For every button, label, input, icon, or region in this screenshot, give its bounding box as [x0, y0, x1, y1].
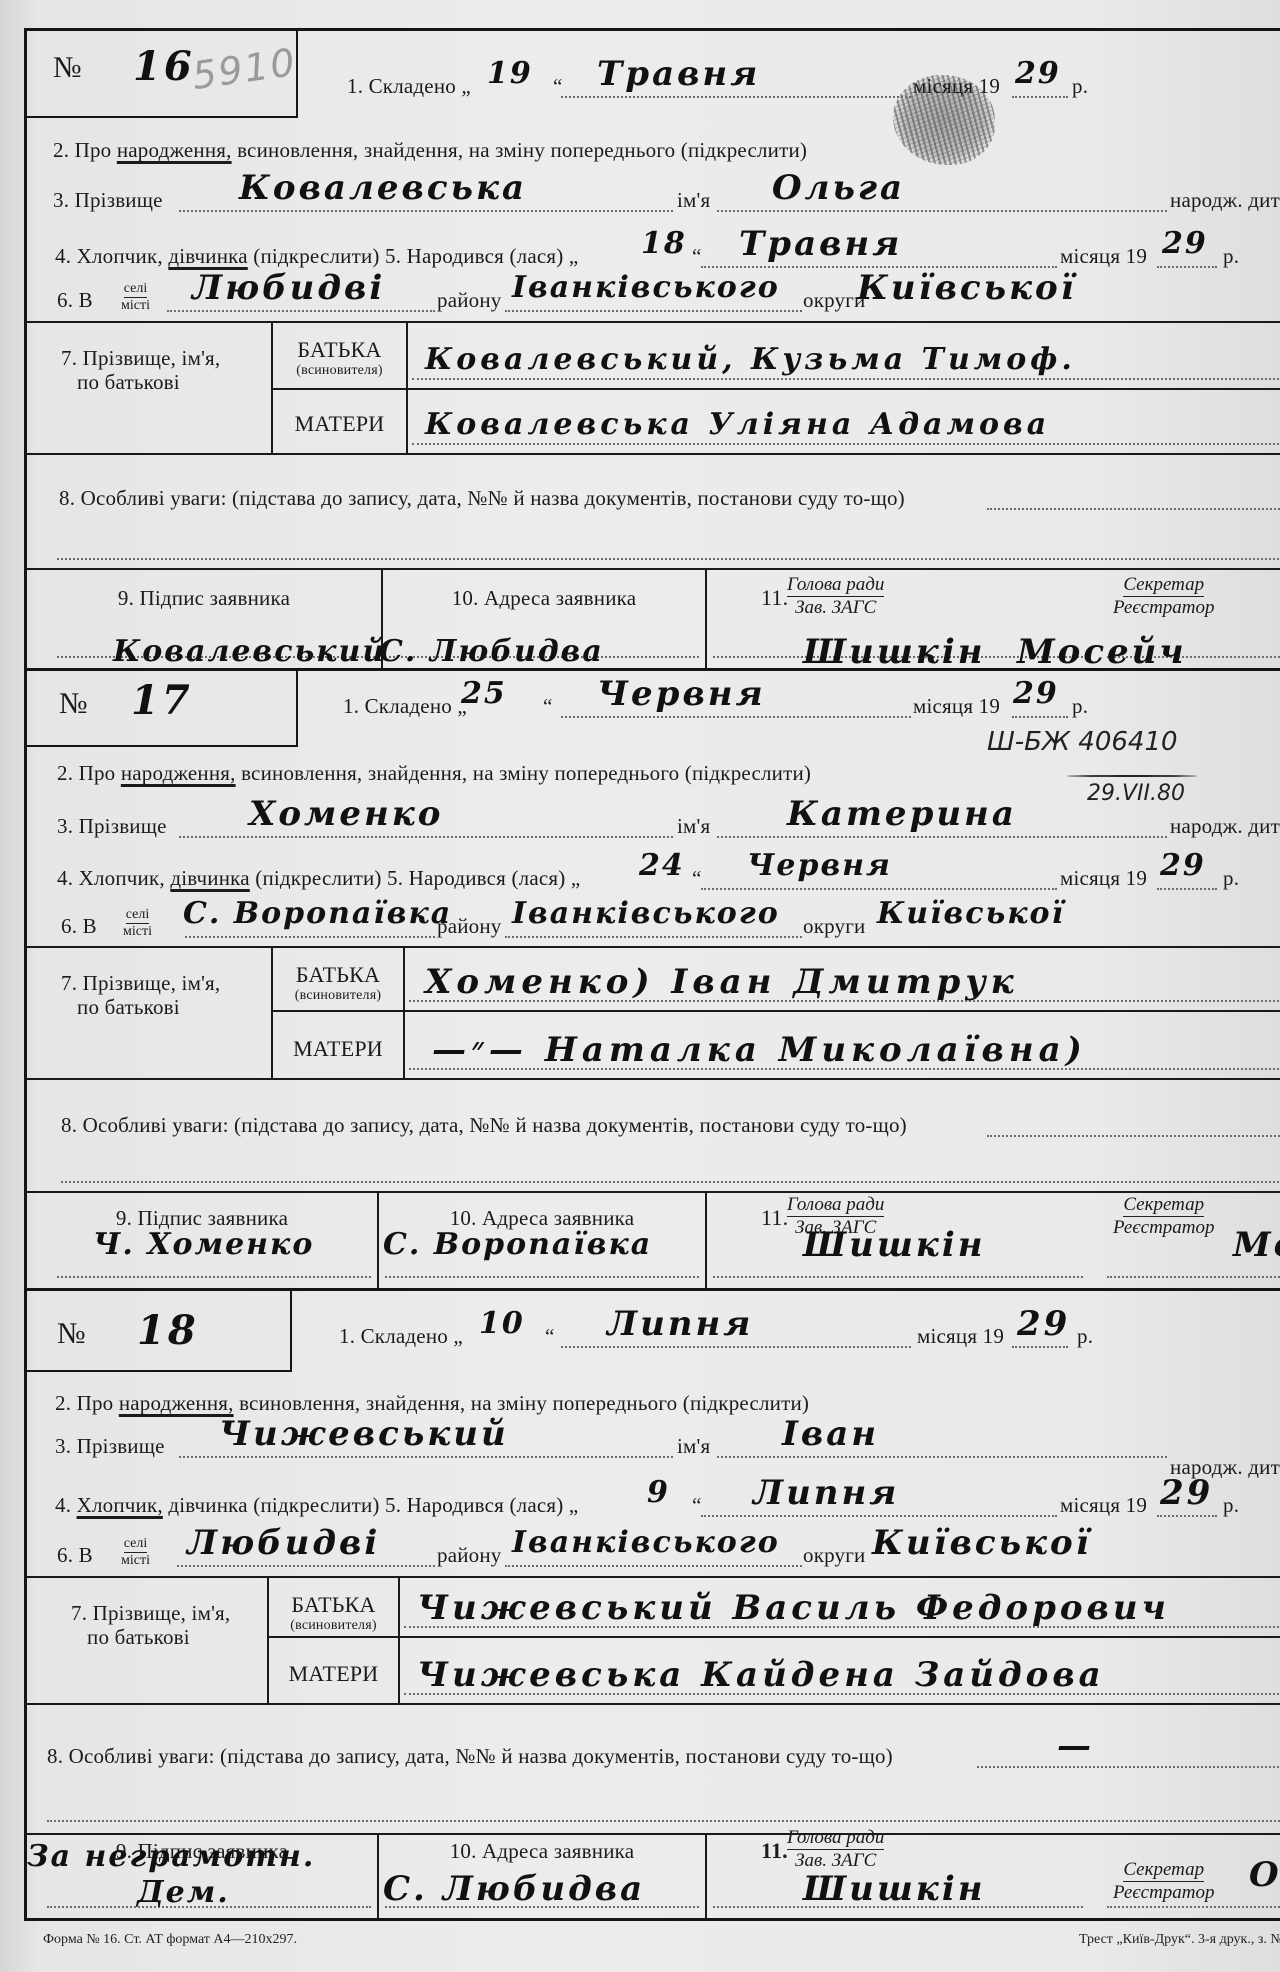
year-suffix: р. [1223, 863, 1239, 893]
city-label: місті [121, 298, 150, 314]
applicant-signature-line1: За неграмотн. [27, 1837, 315, 1877]
civil-registry-form: № 16 5910 1. Складено „ 19 “ Травня міся… [24, 28, 1280, 1921]
birth-month-line [701, 1515, 1057, 1517]
notes-line [987, 1135, 1280, 1137]
compiled-day: 25 [461, 674, 507, 714]
birth-year: 29 [1160, 1473, 1213, 1513]
birth-month: Липня [753, 1473, 899, 1513]
place-label: 6. В [61, 911, 97, 941]
village-city-fraction: селі місті [121, 1536, 150, 1569]
registrar-signature-line [1107, 1276, 1280, 1278]
secretary-registrar-fraction: Секретар Реєстратор [1113, 1859, 1215, 1904]
child-born-label: народж. дит [1170, 811, 1280, 841]
born-label: (підкреслити) 5. Народився (лася) „ [255, 866, 580, 890]
father-name: Хоменко) Іван Дмитрук [425, 962, 1019, 1002]
divider [271, 1010, 1280, 1012]
okruha: Київської [857, 268, 1077, 308]
surname-line [179, 836, 673, 838]
divider [27, 946, 1280, 948]
applicant-address: С. Любидва [383, 1869, 645, 1909]
sex-birth-row: 4. Хлопчик, дівчинка (підкреслити) 5. На… [55, 241, 578, 271]
birth-record-16: № 16 5910 1. Складено „ 19 “ Травня міся… [27, 28, 1280, 668]
applicant-signature: Ковалевський [113, 632, 386, 672]
registrar-signature: Ов [1249, 1855, 1280, 1895]
parents-label-line2: по батькові [77, 367, 180, 397]
record-type-row: 2. Про народження, всиновлення, знайденн… [53, 135, 807, 165]
registrar-label: Реєстратор [1113, 597, 1215, 619]
divider [406, 321, 408, 453]
record-type-prefix: 2. Про [53, 138, 111, 162]
compiled-month: Липня [607, 1304, 753, 1344]
birth-year: 29 [1160, 846, 1206, 886]
applicant-address-label: 10. Адреса заявника [383, 583, 705, 613]
record-number: 16 [133, 47, 195, 87]
side-annotation: Ш-БЖ 406410 [987, 727, 1178, 757]
compiled-year: 29 [1013, 674, 1059, 714]
child-name: Катерина [787, 794, 1017, 834]
raion-line [505, 936, 802, 938]
mother-name: —״— Наталка Миколаївна) [432, 1030, 1087, 1070]
village-line [177, 1565, 435, 1567]
village-city-fraction: селі місті [121, 281, 150, 314]
compiled-label: 1. Складено „ [343, 691, 467, 721]
head-label: Голова ради [787, 1827, 884, 1850]
number-sign: № [53, 53, 82, 83]
divider [271, 388, 1280, 390]
registrar-signature: Мо [1233, 1225, 1280, 1265]
birth-record-17: № 17 Ш-БЖ 406410 29.VII.80 1. Складено „… [27, 668, 1280, 1288]
born-label: (підкреслити) 5. Народився (лася) „ [253, 1493, 578, 1517]
compiled-month-line [561, 96, 911, 98]
compiled-month-line [561, 716, 911, 718]
village-line [167, 310, 435, 312]
compiled-year-line [1012, 96, 1068, 98]
divider [27, 1191, 1280, 1193]
divider [27, 453, 1280, 455]
surname-label: 3. Прізвище [57, 811, 167, 841]
head-signature: Шишкін [803, 1869, 986, 1909]
birth-day: 24 [639, 846, 685, 886]
divider [267, 1636, 1280, 1638]
place-label: 6. В [57, 1540, 93, 1570]
zags-label: Зав. ЗАГС [795, 597, 876, 619]
raion-label: району [437, 1540, 502, 1570]
compiled-year: 29 [1015, 54, 1061, 94]
name-label: ім'я [677, 185, 710, 215]
raion-line [505, 1565, 802, 1567]
divider [27, 1576, 1280, 1578]
village: Любидві [192, 268, 385, 308]
sex-boy: Хлопчик, [77, 1493, 163, 1517]
quote-close: “ [545, 1321, 555, 1351]
month-year-label: місяця 19 [917, 1321, 1004, 1351]
child-surname: Чижевський [219, 1414, 509, 1454]
sex-num: 4. [55, 244, 71, 268]
sex-num: 4. [57, 866, 73, 890]
secretary-registrar-fraction: Секретар Реєстратор [1113, 574, 1215, 619]
head-zags-fraction: Голова ради Зав. ЗАГС [787, 1827, 884, 1872]
side-annotation-date: 29.VII.80 [1087, 781, 1185, 806]
notes-line-2 [47, 1820, 1280, 1822]
father-label: БАТЬКА [273, 335, 406, 365]
child-surname: Ковалевська [239, 168, 527, 208]
sex-boy: Хлопчик, [77, 244, 163, 268]
okruha: Київської [872, 1523, 1092, 1563]
applicant-signature-line2: Дем. [137, 1873, 230, 1913]
parents-label-line2: по батькові [87, 1622, 190, 1652]
secretary-label: Секретар [1123, 1859, 1204, 1882]
officials-label-num: 11. [761, 1836, 788, 1866]
village-line [185, 936, 435, 938]
village: С. Воропаївка [183, 894, 452, 934]
registrar-signature-line [1107, 1906, 1280, 1908]
secretary-label: Секретар [1123, 574, 1204, 597]
sex-birth-row: 4. Хлопчик, дівчинка (підкреслити) 5. На… [57, 863, 580, 893]
divider [705, 1833, 707, 1918]
sex-girl: дівчинка [168, 244, 247, 268]
number-sign: № [57, 1319, 86, 1349]
year-suffix: р. [1223, 1490, 1239, 1520]
village-label: селі [126, 907, 149, 924]
birth-day: 9 [647, 1473, 670, 1513]
village-label: селі [124, 281, 147, 298]
birth-day: 18 [641, 224, 687, 264]
okruha: Київської [877, 894, 1065, 934]
mother-label: МАТЕРИ [273, 1034, 403, 1064]
signature-line [57, 1276, 371, 1278]
printer-info-footer: Трест „Київ-Друк“. 3-я друк., з. № 254—1… [1079, 1932, 1280, 1948]
notes-label: 8. Особливі уваги: (підстава до запису, … [47, 1741, 893, 1771]
record-type-birth: народження, [117, 138, 232, 162]
head-zags-fraction: Голова ради Зав. ЗАГС [787, 574, 884, 619]
compiled-label: 1. Складено „ [339, 1321, 463, 1351]
compiled-day: 10 [479, 1304, 525, 1344]
head-label: Голова ради [787, 1194, 884, 1217]
born-label: (підкреслити) 5. Народився (лася) „ [253, 244, 578, 268]
name-line [717, 836, 1167, 838]
child-surname: Хоменко [249, 794, 444, 834]
address-line [385, 1276, 699, 1278]
head-label: Голова ради [787, 574, 884, 597]
registrar-signature: Мосейч [1017, 632, 1187, 672]
mother-label: МАТЕРИ [273, 409, 406, 439]
child-name: Іван [782, 1414, 879, 1454]
city-label: місті [123, 924, 152, 940]
birth-year-line [1157, 266, 1217, 268]
head-signature: Шишкін [803, 632, 986, 672]
notes-label: 8. Особливі уваги: (підстава до запису, … [61, 1110, 907, 1140]
compiled-month-line [561, 1346, 911, 1348]
notes-line-2 [57, 558, 1280, 560]
birth-record-18: № 18 1. Складено „ 10 “ Липня місяця 19 … [27, 1288, 1280, 1921]
applicant-signature: Ч. Хоменко [93, 1225, 314, 1265]
applicant-address: С. Любидва [379, 632, 604, 672]
sex-birth-row: 4. Хлопчик, дівчинка (підкреслити) 5. На… [55, 1490, 578, 1520]
record-type-birth: народження, [119, 1391, 234, 1415]
secretary-registrar-fraction: Секретар Реєстратор [1113, 1194, 1215, 1239]
mother-label: МАТЕРИ [269, 1659, 398, 1689]
record-type-rest: всиновлення, знайдення, на зміну поперед… [241, 761, 811, 785]
compiled-day: 19 [487, 54, 533, 94]
name-label: ім'я [677, 1431, 710, 1461]
registrar-label: Реєстратор [1113, 1217, 1215, 1239]
village-label: селі [124, 1536, 147, 1553]
head-signature-line [713, 1276, 1083, 1278]
father-name: Чижевський Василь Федорович [417, 1588, 1170, 1628]
record-type-rest: всиновлення, знайдення, на зміну поперед… [239, 1391, 809, 1415]
record-type-rest: всиновлення, знайдення, на зміну поперед… [237, 138, 807, 162]
village: Любидві [187, 1523, 380, 1563]
head-signature: Шишкін [803, 1225, 986, 1265]
compiled-label: 1. Складено „ [347, 71, 471, 101]
secretary-label: Секретар [1123, 1194, 1204, 1217]
compiled-year-line [1012, 1346, 1068, 1348]
divider [27, 568, 1280, 570]
month-year-label: місяця 19 [913, 71, 1000, 101]
raion: Іванківського [512, 894, 780, 934]
divider [705, 568, 707, 668]
annotation-underline [1067, 775, 1197, 777]
child-born-label: народж. дит [1170, 185, 1280, 215]
compiled-month: Травня [597, 54, 760, 94]
applicant-address-label: 10. Адреса заявника [379, 1836, 705, 1866]
record-type-row: 2. Про народження, всиновлення, знайденн… [57, 758, 811, 788]
notes-label: 8. Особливі уваги: (підстава до запису, … [59, 483, 905, 513]
record-type-prefix: 2. Про [57, 761, 115, 785]
divider [398, 1576, 400, 1703]
divider [705, 1191, 707, 1288]
divider [403, 946, 405, 1078]
year-suffix: р. [1072, 71, 1088, 101]
adopter-label: (всиновителя) [273, 363, 406, 379]
okruha-label: округи [803, 911, 865, 941]
sex-girl: дівчинка [168, 1493, 247, 1517]
raion: Іванківського [512, 268, 780, 308]
birth-month-line [701, 888, 1057, 890]
raion-line [505, 310, 802, 312]
year-suffix: р. [1072, 691, 1088, 721]
sex-num: 4. [55, 1493, 71, 1517]
divider [27, 321, 1280, 323]
raion-label: району [437, 285, 502, 315]
applicant-address: С. Воропаївка [383, 1225, 652, 1265]
compiled-month: Червня [597, 674, 766, 714]
month-year-label: місяця 19 [913, 691, 1000, 721]
sex-boy: Хлопчик, [79, 866, 165, 890]
month-year-label: місяця 19 [1060, 863, 1147, 893]
month-year-label: місяця 19 [1060, 1490, 1147, 1520]
notes: — [1057, 1726, 1094, 1766]
mother-name: Чижевська Кайдена Зайдова [417, 1655, 1105, 1695]
record-type-prefix: 2. Про [55, 1391, 113, 1415]
year-suffix: р. [1223, 241, 1239, 271]
adopter-label: (всиновителя) [269, 1618, 398, 1634]
divider [27, 1078, 1280, 1080]
sex-girl: дівчинка [170, 866, 249, 890]
father-label: БАТЬКА [273, 960, 403, 990]
notes-line [987, 508, 1280, 510]
name-label: ім'я [677, 811, 710, 841]
city-label: місті [121, 1553, 150, 1569]
mother-name: Ковалевська Уліяна Адамова [425, 405, 1050, 445]
birth-month: Червня [747, 846, 892, 886]
child-name: Ольга [772, 168, 905, 208]
officials-label-num: 11. [761, 583, 788, 613]
record-number: 18 [137, 1311, 199, 1351]
notes-line [977, 1766, 1280, 1768]
surname-label: 3. Прізвище [55, 1431, 165, 1461]
birth-year: 29 [1162, 224, 1208, 264]
year-suffix: р. [1077, 1321, 1093, 1351]
form-info-footer: Форма № 16. Ст. АТ формат А4—210х297. [43, 1932, 297, 1948]
parents-label-line2: по батькові [77, 992, 180, 1022]
notes-line-2 [61, 1181, 1280, 1183]
month-year-label: місяця 19 [1060, 241, 1147, 271]
name-line [717, 210, 1167, 212]
father-name: Ковалевський, Кузьма Тимоф. [425, 340, 1076, 380]
record-number: 17 [131, 681, 193, 721]
compiled-year: 29 [1017, 1304, 1070, 1344]
applicant-signature-label: 9. Підпис заявника [27, 583, 381, 613]
birth-month: Травня [739, 224, 902, 264]
quote-close: “ [543, 691, 553, 721]
number-sign: № [59, 689, 88, 719]
surname-line [179, 1456, 673, 1458]
officials-label-num: 11. [761, 1203, 788, 1233]
surname-label: 3. Прізвище [53, 185, 163, 215]
place-label: 6. В [57, 285, 93, 315]
birth-year-line [1157, 1515, 1217, 1517]
village-city-fraction: селі місті [123, 907, 152, 940]
record-type-birth: народження, [121, 761, 236, 785]
registrar-label: Реєстратор [1113, 1882, 1215, 1904]
divider [27, 1833, 1280, 1835]
raion-label: району [437, 911, 502, 941]
father-label: БАТЬКА [269, 1590, 398, 1620]
birth-year-line [1157, 888, 1217, 890]
raion: Іванківського [512, 1523, 780, 1563]
divider [27, 1703, 1280, 1705]
okruha-label: округи [803, 1540, 865, 1570]
surname-line [179, 210, 673, 212]
compiled-year-line [1012, 716, 1068, 718]
adopter-label: (всиновителя) [273, 988, 403, 1004]
name-line [717, 1456, 1167, 1458]
